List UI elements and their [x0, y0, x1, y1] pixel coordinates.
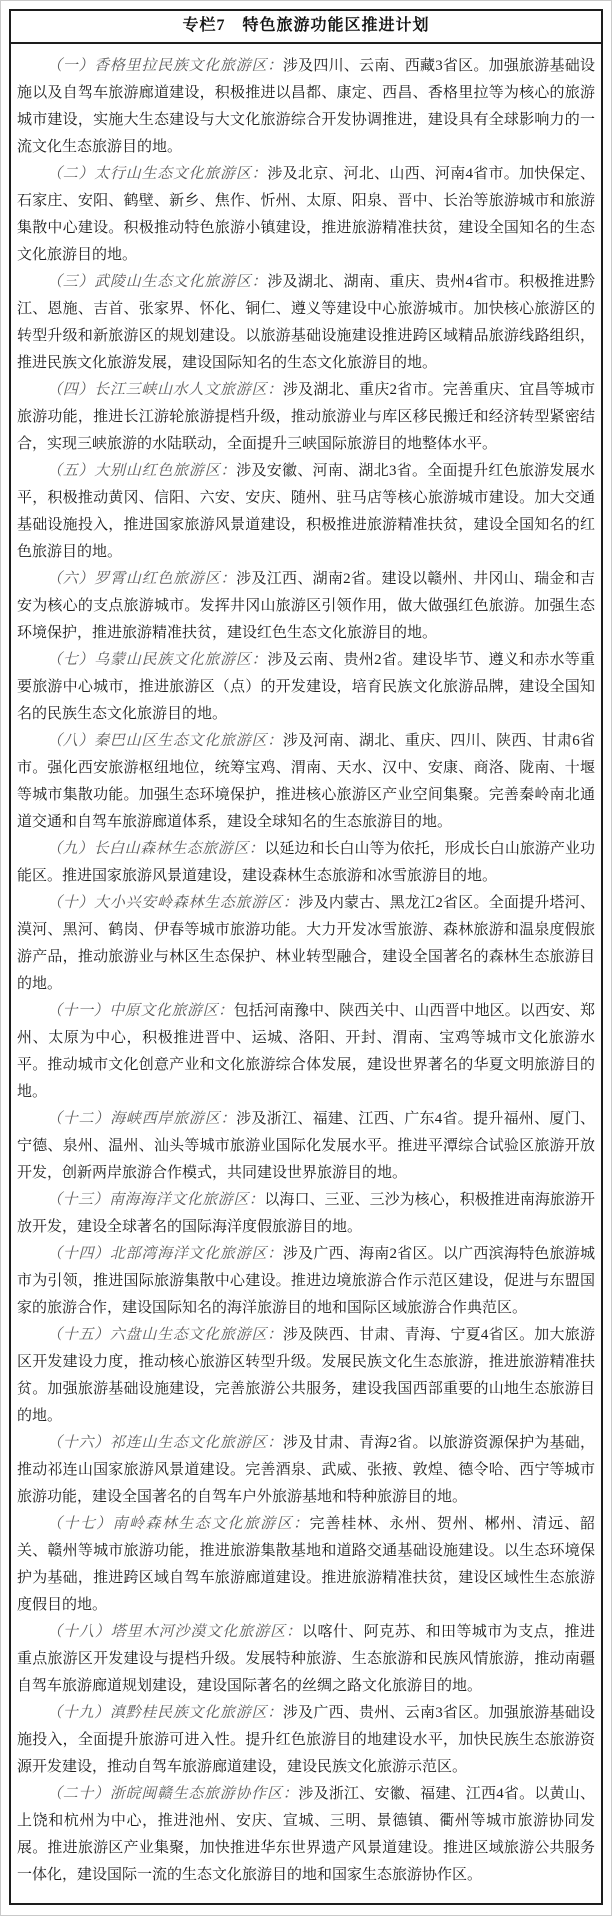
- zone-item-17: （十七）南岭森林生态文化旅游区：完善桂林、永州、贺州、郴州、清远、韶关、赣州等城…: [17, 1511, 595, 1619]
- zone-item-8: （八）秦巴山区生态文化旅游区：涉及河南、湖北、重庆、四川、陕西、甘肃6省市。强化…: [17, 728, 595, 836]
- zone-label-16: （十六）祁连山生态文化旅游区：: [47, 1435, 283, 1451]
- zone-item-20: （二十）浙皖闽赣生态旅游协作区：涉及浙江、安徽、福建、江西4省。以黄山、上饶和杭…: [17, 1781, 595, 1889]
- zone-label-4: （四）长江三峡山水人文旅游区：: [47, 382, 283, 398]
- document-page: { "box": { "title": "专栏7 特色旅游功能区推进计划" },…: [0, 0, 612, 1916]
- zone-label-5: （五）大别山红色旅游区：: [47, 463, 236, 479]
- zone-item-2: （二）太行山生态文化旅游区：涉及北京、河北、山西、河南4省市。加快保定、石家庄、…: [17, 161, 595, 269]
- zone-item-9: （九）长白山森林生态旅游区：以延边和长白山等为依托，形成长白山旅游产业功能区。推…: [17, 836, 595, 890]
- zone-item-18: （十八）塔里木河沙漠文化旅游区：以喀什、阿克苏、和田等城市为支点，推进重点旅游区…: [17, 1619, 595, 1700]
- zone-label-9: （九）长白山森林生态旅游区：: [47, 841, 264, 857]
- zone-item-11: （十一）中原文化旅游区：包括河南豫中、陕西关中、山西晋中地区。以西安、郑州、太原…: [17, 998, 595, 1106]
- zone-label-17: （十七）南岭森林生态文化旅游区：: [47, 1516, 310, 1532]
- zone-item-3: （三）武陵山生态文化旅游区：涉及湖北、湖南、重庆、贵州4省市。积极推进黔江、恩施…: [17, 269, 595, 377]
- zone-label-3: （三）武陵山生态文化旅游区：: [47, 274, 267, 290]
- zone-label-20: （二十）浙皖闽赣生态旅游协作区：: [47, 1786, 298, 1802]
- zone-label-12: （十二）海峡西岸旅游区：: [47, 1111, 236, 1127]
- zone-item-14: （十四）北部湾海洋文化旅游区：涉及广西、海南2省区。以广西滨海特色旅游城市为引领…: [17, 1241, 595, 1322]
- zone-label-7: （七）乌蒙山民族文化旅游区：: [47, 652, 267, 668]
- zone-label-10: （十）大小兴安岭森林生态旅游区：: [47, 895, 298, 911]
- zone-item-10: （十）大小兴安岭森林生态旅游区：涉及内蒙古、黑龙江2省区。全面提升塔河、漠河、黑…: [17, 890, 595, 998]
- zone-item-16: （十六）祁连山生态文化旅游区：涉及甘肃、青海2省。以旅游资源保护为基础，推动祁连…: [17, 1430, 595, 1511]
- zone-label-19: （十九）滇黔桂民族文化旅游区：: [47, 1705, 283, 1721]
- zone-label-18: （十八）塔里木河沙漠文化旅游区：: [47, 1624, 302, 1640]
- zone-item-6: （六）罗霄山红色旅游区：涉及江西、湖南2省。建设以赣州、井冈山、瑞金和吉安为核心…: [17, 566, 595, 647]
- zone-item-12: （十二）海峡西岸旅游区：涉及浙江、福建、江西、广东4省。提升福州、厦门、宁德、泉…: [17, 1106, 595, 1187]
- zone-item-19: （十九）滇黔桂民族文化旅游区：涉及广西、贵州、云南3省区。加强旅游基础设施投入，…: [17, 1700, 595, 1781]
- zone-label-6: （六）罗霄山红色旅游区：: [47, 571, 236, 587]
- zone-item-4: （四）长江三峡山水人文旅游区：涉及湖北、重庆2省市。完善重庆、宜昌等城市旅游功能…: [17, 377, 595, 458]
- zone-item-15: （十五）六盘山生态文化旅游区：涉及陕西、甘肃、青海、宁夏4省区。加大旅游区开发建…: [17, 1322, 595, 1430]
- zone-item-7: （七）乌蒙山民族文化旅游区：涉及云南、贵州2省。建设毕节、遵义和赤水等重要旅游中…: [17, 647, 595, 728]
- zone-item-5: （五）大别山红色旅游区：涉及安徽、河南、湖北3省。全面提升红色旅游发展水平，积极…: [17, 458, 595, 566]
- zone-label-11: （十一）中原文化旅游区：: [47, 1003, 234, 1019]
- zone-label-8: （八）秦巴山区生态文化旅游区：: [47, 733, 283, 749]
- feature-box: 专栏7 特色旅游功能区推进计划 （一）香格里拉民族文化旅游区：涉及四川、云南、西…: [9, 9, 603, 1905]
- zone-item-1: （一）香格里拉民族文化旅游区：涉及四川、云南、西藏3省区。加强旅游基础设施以及自…: [17, 53, 595, 161]
- zone-label-15: （十五）六盘山生态文化旅游区：: [47, 1327, 283, 1343]
- zone-label-2: （二）太行山生态文化旅游区：: [47, 166, 267, 182]
- zone-label-13: （十三）南海海洋文化旅游区：: [47, 1192, 264, 1208]
- zone-label-1: （一）香格里拉民族文化旅游区：: [47, 58, 283, 74]
- box-body: （一）香格里拉民族文化旅游区：涉及四川、云南、西藏3省区。加强旅游基础设施以及自…: [11, 44, 601, 1903]
- zone-item-13: （十三）南海海洋文化旅游区：以海口、三亚、三沙为核心，积极推进南海旅游开放开发，…: [17, 1187, 595, 1241]
- box-title: 专栏7 特色旅游功能区推进计划: [11, 11, 601, 44]
- zone-label-14: （十四）北部湾海洋文化旅游区：: [47, 1246, 283, 1262]
